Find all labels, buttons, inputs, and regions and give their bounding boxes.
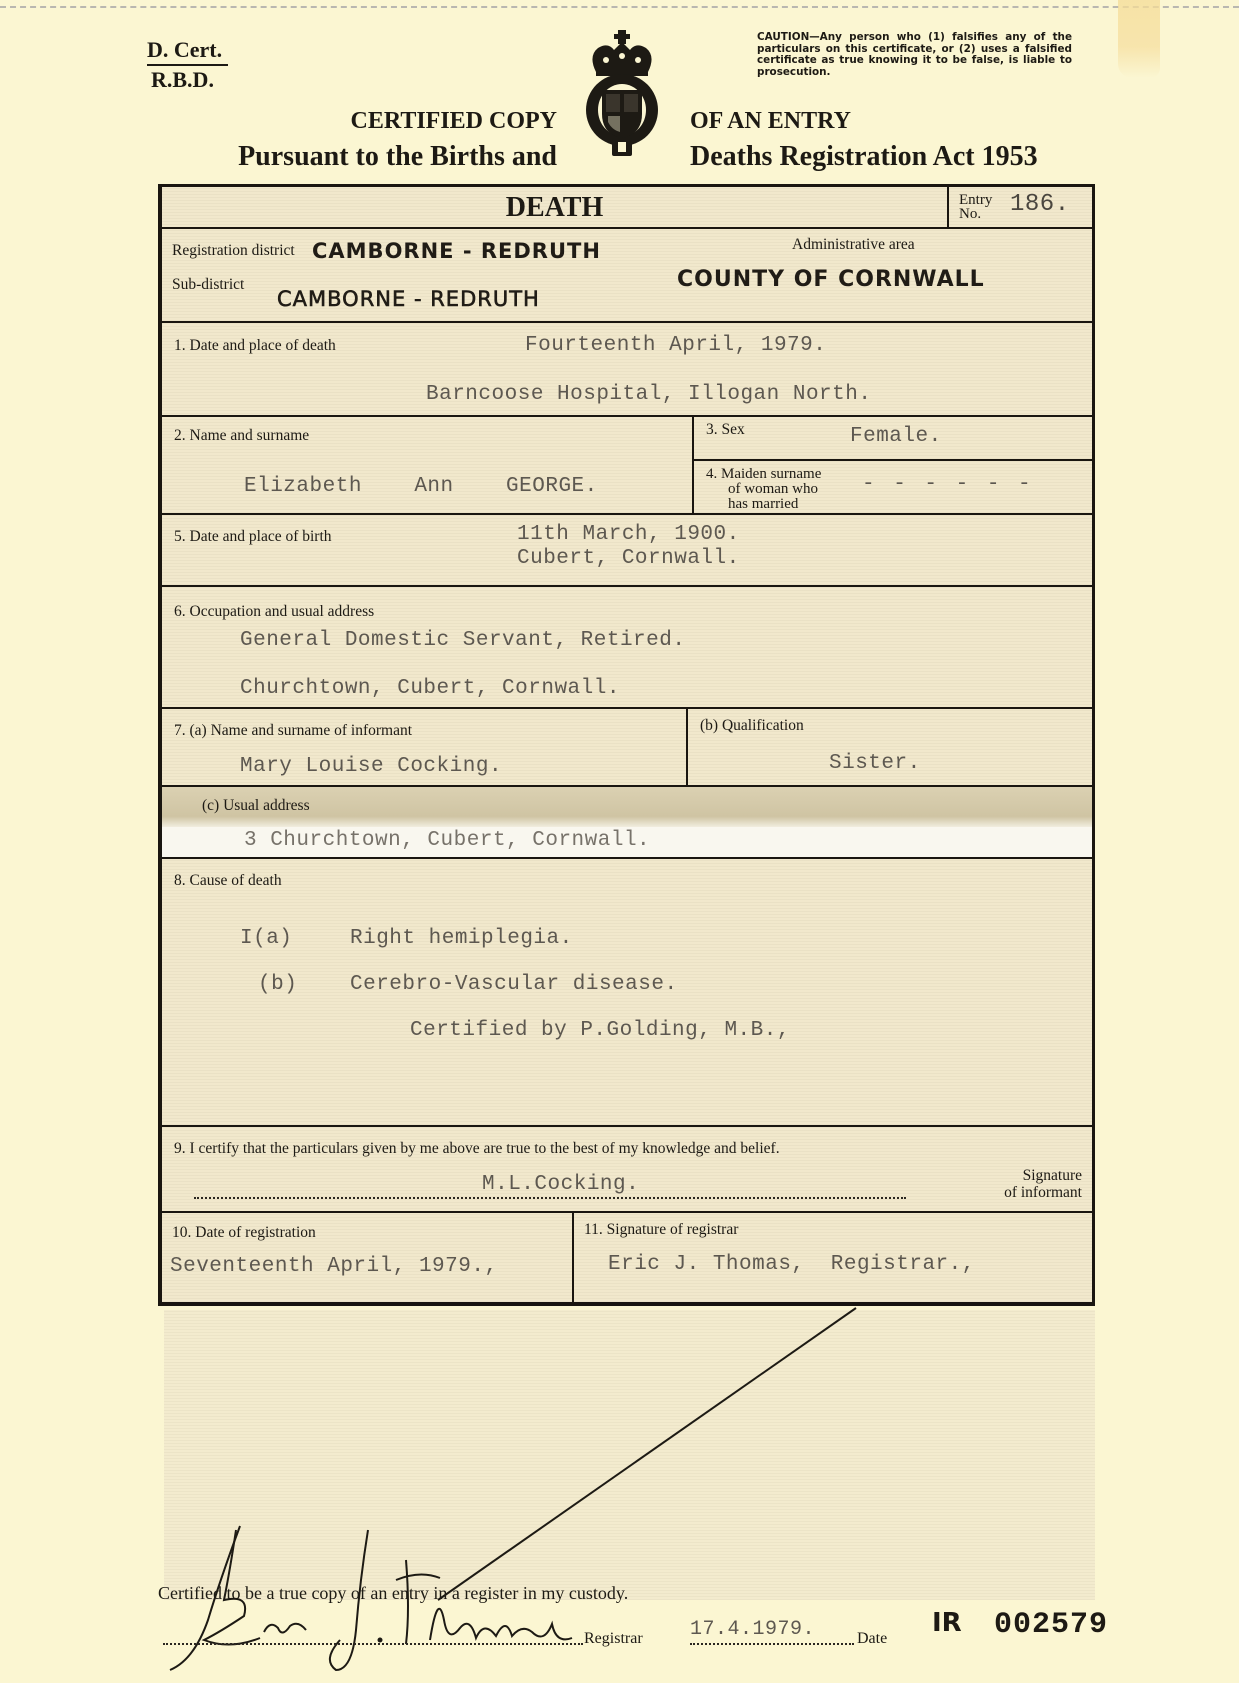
field-10-label: 10. Date of registration [172,1224,316,1241]
registration-date: Seventeenth April, 1979., [170,1255,498,1278]
date-line [690,1643,854,1645]
date-label: Date [857,1630,887,1648]
administrative-area-label: Administrative area [792,236,915,253]
field-4-label: 4. Maiden surname of woman who has marri… [706,467,821,512]
certified-by: Certified by P.Golding, M.B., [410,1019,790,1042]
caution-notice: CAUTION—Any person who (1) falsifies any… [757,32,1072,78]
registration-district-value: CAMBORNE - REDRUTH [312,239,601,263]
informant-address: 3 Churchtown, Cubert, Cornwall. [244,829,650,852]
entry-no-label: Entry No. [959,193,992,221]
entry-label-line2: No. [959,207,992,221]
field-5-label: 5. Date and place of birth [174,528,332,545]
cause-a-value: Right hemiplegia. [350,927,573,950]
perforation-edge [0,6,1239,8]
divider [162,321,1092,323]
deceased-name: Elizabeth Ann GEORGE. [244,475,598,498]
field-1-label: 1. Date and place of death [174,337,336,354]
form-code: D. Cert. R.B.D. [147,38,228,92]
place-of-birth: Cubert, Cornwall. [517,547,740,570]
divider [162,707,1092,709]
divider [162,227,1092,229]
sig-label-line2: of informant [922,1184,1082,1201]
field-7b-label: (b) Qualification [700,717,804,734]
sub-district-value: CAMBORNE - REDRUTH [277,287,540,311]
occupation-value: General Domestic Servant, Retired. [240,629,685,652]
date-of-birth: 11th March, 1900. [517,523,740,546]
registrar-signature: Eric J. Thomas, Registrar., [608,1253,975,1276]
form-code-top: D. Cert. [147,38,228,66]
serial-prefix: IR [932,1608,962,1638]
form-code-bottom: R.B.D. [147,68,228,92]
field-2-label: 2. Name and surname [174,427,309,444]
sub-district-label: Sub-district [172,276,244,293]
cause-a-marker: I(a) [240,927,292,950]
registration-district-label: Registration district [172,242,295,259]
form-title: DEATH [162,192,947,224]
royal-coat-of-arms-icon [584,30,660,158]
heading-certified-copy: CERTIFIED COPY [350,108,557,135]
sig-label-line1: Signature [922,1167,1082,1184]
certification-date: 17.4.1979. [690,1618,815,1641]
field-4-label-line2: of woman who [706,482,821,497]
divider [162,1125,1092,1127]
registrar-handwritten-signature [160,1520,610,1680]
entry-number: 186. [1010,191,1070,218]
place-of-death: Barncoose Hospital, Illogan North. [426,383,871,406]
divider [162,415,1092,417]
divider [162,513,1092,515]
heading-of-an-entry: OF AN ENTRY [690,108,851,135]
field-7c-label: (c) Usual address [202,797,310,814]
field-9-label: 9. I certify that the particulars given … [174,1140,780,1157]
divider [162,857,1092,859]
registrar-signature-line [163,1643,583,1645]
divider [692,459,1092,461]
informant-signature: M.L.Cocking. [482,1173,639,1196]
divider [162,585,1092,587]
divider [692,415,694,513]
field-3-label: 3. Sex [706,421,745,438]
divider [162,1211,1092,1213]
paper-stain [1118,0,1160,78]
field-4-label-line3: has married [706,497,821,512]
informant-name: Mary Louise Cocking. [240,755,502,778]
registrar-label: Registrar [584,1630,643,1648]
date-of-death: Fourteenth April, 1979. [525,334,826,357]
serial-number: 002579 [994,1608,1108,1642]
usual-address-value: Churchtown, Cubert, Cornwall. [240,677,620,700]
field-11-label: 11. Signature of registrar [584,1221,738,1238]
qualification-value: Sister. [829,752,921,775]
field-4-label-line1: 4. Maiden surname [706,467,821,482]
field-8-label: 8. Cause of death [174,872,282,889]
divider [572,1211,574,1305]
cause-b-value: Cerebro-Vascular disease. [350,973,678,996]
entry-label-line1: Entry [959,193,992,207]
signature-line [194,1197,906,1199]
signature-of-informant-label: Signature of informant [922,1167,1082,1201]
cause-b-marker: (b) [258,973,297,996]
divider [947,187,949,227]
death-entry-form: DEATH Entry No. 186. Registration distri… [158,184,1095,1306]
divider [686,707,688,785]
heading-pursuant: Pursuant to the Births and [238,141,557,173]
field-7a-label: 7. (a) Name and surname of informant [174,722,412,739]
maiden-surname-value: - - - - - - [862,473,1034,496]
sex-value: Female. [850,425,942,448]
heading-act: Deaths Registration Act 1953 [690,141,1038,173]
administrative-area-value: COUNTY OF CORNWALL [677,267,985,292]
field-6-label: 6. Occupation and usual address [174,603,374,620]
